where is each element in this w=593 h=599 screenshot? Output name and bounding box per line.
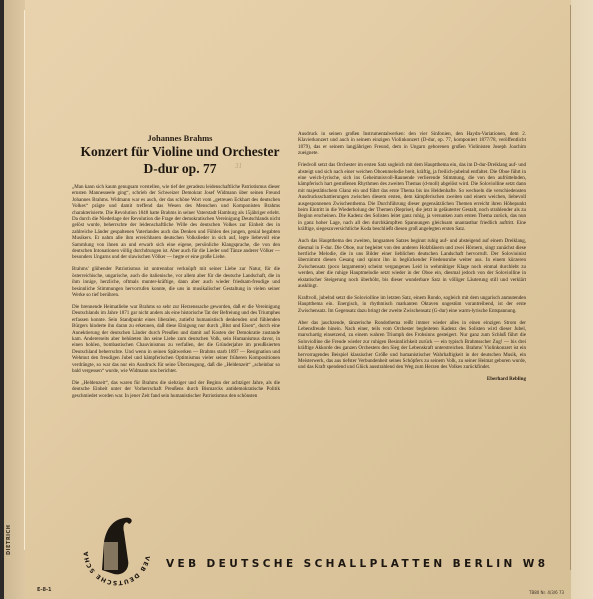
label-name: VEB DEUTSCHE SCHALLPLATTEN BERLIN W8 — [166, 558, 548, 570]
paragraph: „Man kann sich kaum genugsam vorstellen,… — [72, 184, 280, 261]
liner-notes-right-column: Ausdruck in seinen großen Instrumentalwe… — [298, 131, 526, 388]
pencil-annotation: 31 — [235, 162, 242, 170]
catalog-code: E-8-1 — [37, 587, 52, 593]
paragraph: Friedvoll setzt das Orchester im ersten … — [298, 162, 526, 232]
paragraph: Die brennende Heimatliebe war Brahms so … — [72, 304, 280, 374]
fold-line — [24, 10, 25, 550]
print-code: TB80 Nr. 4/3/6 73 — [529, 590, 564, 595]
paragraph: Auch das Hauptthema des zweiten, langsam… — [298, 238, 526, 289]
paragraph: Die „Heldenzeit“, das waren für Brahms d… — [72, 380, 280, 399]
title-line-1: Konzert für Violine und Orchester — [60, 143, 300, 160]
liner-notes-left-column: „Man kann sich kaum genugsam vorstellen,… — [72, 184, 280, 405]
paragraph: Brahms' glühender Patriotismus ist untre… — [72, 266, 280, 298]
sleeve-spine — [4, 0, 25, 599]
work-title: Konzert für Violine und Orchester D-dur … — [60, 143, 300, 177]
paragraph: Ausdruck in seinen großen Instrumentalwe… — [298, 131, 526, 157]
sleeve-flap — [571, 0, 593, 599]
spine-text: DIETRICH — [6, 525, 12, 555]
schallplatten-logo-icon: VEB DEUTSCHE SCHALLPLATTEN — [82, 512, 152, 592]
title-line-2: D-dur op. 77 — [60, 160, 300, 177]
author-signature: Eberhard Rebling — [298, 376, 526, 382]
paragraph: Aber das jauchzende, tänzerische Rondoth… — [298, 320, 526, 371]
composer-name: Johannes Brahms — [60, 133, 300, 143]
paragraph: Kraftvoll, jubelnd setzt die Soloviollin… — [298, 295, 526, 314]
fold-line — [570, 5, 571, 570]
